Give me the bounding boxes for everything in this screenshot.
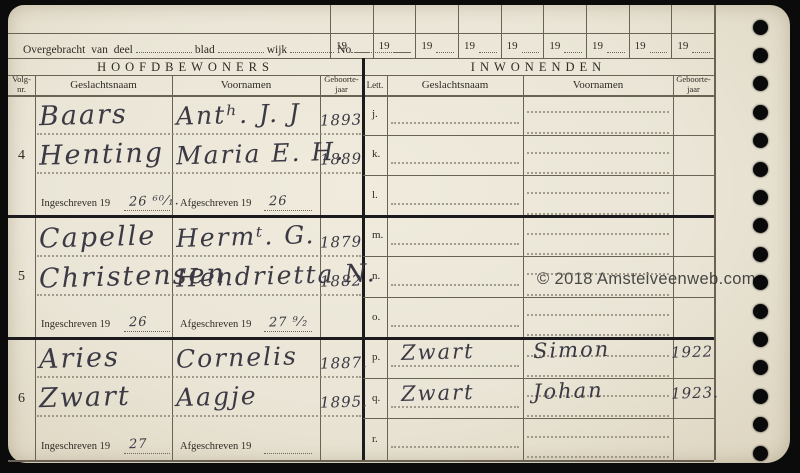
punch-hole [753,48,768,63]
year-dotted-line [522,52,540,53]
r-surname-dotted-line [391,122,519,124]
year-dotted-line [692,52,710,53]
inwonende-row: k. [363,136,714,177]
year-prefix-label: 19 [507,40,518,52]
hoofdbewoner-block: 6AriesCornelis1887.ZwartAagje1895.Ingesc… [8,338,363,460]
punch-hole [753,304,768,319]
r-firstnames-dotted-line [527,152,669,154]
lett-cell: k. [372,148,380,160]
lett-cell: j. [372,108,378,120]
inwonende-row: j. [363,95,714,136]
header-geslachtsnaam: Geslachtsnaam [35,75,172,95]
inwonende-row: p.ZwartSimon1922 [363,338,714,379]
inwonende-row: o. [363,298,714,339]
inwonende-row: n. [363,257,714,298]
year-grid-line [501,5,502,58]
r-firstnames-dotted-line [527,111,669,113]
header-voornamen: Voornamen [172,75,320,95]
r-firstnames-dotted-line [527,192,669,194]
year-grid-line [415,5,416,58]
r-surname-handwritten: Zwart [401,380,475,406]
year-dotted-line [650,52,668,53]
ingeschreven-dotted-line [124,331,170,332]
section-title-hoofdbewoners: HOOFDBEWONERS [8,60,363,75]
lett-cell: r. [372,433,378,445]
r-firstnames-dotted-line [527,273,669,275]
birthyear-handwritten: 1895. [320,393,368,412]
punch-hole [753,218,768,233]
r-firstnames-dotted-line-2 [527,375,669,377]
surname-handwritten: Capelle [39,220,157,254]
afgeschreven-dotted-line [264,210,312,211]
header-r-geboortejaar: Geboorte- jaar [673,75,714,95]
year-prefix-label: 19 [379,40,390,52]
punch-hole [753,20,768,35]
year-prefix-label: 19 [336,40,347,52]
transfer-label: Overgebracht van deel [23,44,133,56]
header-r-voornamen: Voornamen [523,75,673,95]
r-firstnames-dotted-line-2 [527,456,669,458]
r-firstnames-dotted-line-2 [527,132,669,134]
header-lett: Lett. [363,75,387,95]
firstnames-handwritten: Aagje [176,381,258,412]
r-surname-dotted-line [391,284,519,286]
wijk-label: wijk [267,44,287,56]
hoofdbewoner-block: 5CapelleHermᵗ. G.1879ChristensenHendriet… [8,217,363,339]
lett-cell: m. [372,229,383,241]
year-grid-line [373,5,374,58]
volgnr-cell: 6 [8,338,35,460]
header-r-geboortejaar-line2: jaar [676,85,710,95]
r-firstnames-dotted-line [527,233,669,235]
afgeschreven-value-handwritten: 27 ⁹⁄₂ [269,315,309,331]
ingeschreven-dotted-line [124,453,170,454]
ingeschreven-label: Ingeschreven 19 [41,198,110,209]
header-geboortejaar: Geboorte- jaar [320,75,363,95]
lett-cell: n. [372,270,380,282]
year-grid-line [586,5,587,58]
birthyear-handwritten: 1879 [320,232,363,251]
lett-cell: p. [372,351,380,363]
punch-hole [753,275,768,290]
rule-table-bottom [8,460,714,462]
punch-hole [753,389,768,404]
volgnr-cell: 5 [8,217,35,339]
transfer-row: Overgebracht van deel blad wijk No [23,41,413,56]
section-title-inwonenden: INWONENDEN [363,60,714,75]
surname-handwritten: Zwart [39,381,132,415]
year-grid-line [671,5,672,58]
punch-hole [753,332,768,347]
header-r-geslachtsnaam: Geslachtsnaam [387,75,523,95]
punch-hole [753,446,768,461]
ingeschreven-label: Ingeschreven 19 [41,319,110,330]
r-birthyear-handwritten: 1922 [671,343,714,362]
ingeschreven-value-handwritten: 26 [129,315,148,331]
r-surname-dotted-line [391,406,519,408]
rule-block-divider-2 [8,337,714,340]
year-prefix-label: 19 [677,40,688,52]
name-dotted-line [37,172,361,174]
r-firstnames-dotted-line [527,436,669,438]
punch-hole [753,247,768,262]
inwonende-row: q.ZwartJohan1923. [363,379,714,420]
punch-hole [753,360,768,375]
year-dotted-line [351,52,369,53]
r-firstnames-handwritten: Johan [533,378,604,404]
afgeschreven-value-handwritten: 26 [269,193,288,209]
ingeschreven-label: Ingeschreven 19 [41,441,110,452]
year-dotted-line [564,52,582,53]
year-prefix-label: 19 [464,40,475,52]
year-grid-line [330,5,331,58]
volgnr-cell: 4 [8,95,35,217]
inwonende-row: m. [363,217,714,258]
r-firstnames-dotted-line-2 [527,294,669,296]
r-firstnames-dotted-line-2 [527,415,669,417]
r-firstnames-dotted-line-2 [527,253,669,255]
inwonende-row: l. [363,176,714,217]
punch-hole [753,190,768,205]
ingeschreven-dotted-line [124,210,170,211]
register-card: Overgebracht van deel blad wijk No HOOFD… [8,5,790,463]
year-prefix-label: 19 [421,40,432,52]
punch-hole [753,105,768,120]
afgeschreven-dotted-line [264,331,312,332]
year-dotted-line [394,52,412,53]
afgeschreven-label: Afgeschreven 19 [180,319,251,330]
r-surname-dotted-line [391,365,519,367]
surname-handwritten: Baars [39,99,129,132]
punch-hole [753,76,768,91]
year-grid-line [458,5,459,58]
r-firstnames-dotted-line-2 [527,172,669,174]
header-volgnr-line2: nr. [12,85,31,95]
r-surname-dotted-line [391,325,519,327]
firstnames-handwritten: Antʰ. J. J [176,98,302,130]
year-dotted-line [436,52,454,53]
r-firstnames-dotted-line [527,314,669,316]
rule-top-row [8,33,714,34]
birthyear-handwritten: 1889 [320,149,363,168]
header-volgnr: Volg- nr. [8,75,35,95]
hoofdbewoner-block: 4BaarsAntʰ. J. J1893HentingMaria E. H.18… [8,95,363,217]
year-grid-line [629,5,630,58]
punch-hole [753,162,768,177]
punch-hole [753,133,768,148]
lett-cell: l. [372,189,378,201]
inwonende-row: r. [363,419,714,460]
dotted-leader [218,41,264,53]
lett-cell: q. [372,392,380,404]
blad-label: blad [195,44,215,56]
firstnames-handwritten: Hermᵗ. G. [176,220,316,253]
firstnames-handwritten: Cornelis [176,342,299,374]
r-surname-handwritten: Zwart [401,339,475,365]
year-prefix-label: 19 [549,40,560,52]
r-surname-dotted-line [391,243,519,245]
scanned-register-page: { "page": { "background": "#0b0b0b", "ca… [0,0,800,473]
year-prefix-label: 19 [592,40,603,52]
afgeschreven-label: Afgeschreven 19 [180,441,251,452]
birthyear-handwritten: 1882 [320,271,363,290]
r-surname-dotted-line [391,203,519,205]
afgeschreven-label: Afgeschreven 19 [180,198,251,209]
year-dotted-line [607,52,625,53]
year-dotted-line [479,52,497,53]
name-dotted-line [37,255,361,257]
lett-cell: o. [372,311,380,323]
name-dotted-line [37,415,361,417]
surname-handwritten: Henting [39,137,165,171]
birthyear-handwritten: 1887. [320,354,368,373]
r-surname-dotted-line [391,162,519,164]
year-grid-line [543,5,544,58]
name-dotted-line [37,133,361,135]
header-geboortejaar-line2: jaar [324,85,358,95]
birthyear-handwritten: 1893 [320,110,363,129]
r-surname-dotted-line [391,446,519,448]
ingeschreven-value-handwritten: 26 ⁶⁰⁄₁. [129,193,180,209]
punch-hole [753,417,768,432]
year-prefix-label: 19 [635,40,646,52]
name-dotted-line [37,376,361,378]
r-birthyear-handwritten: 1923. [671,383,719,402]
rule-under-transfer [8,58,714,59]
surname-handwritten: Aries [39,342,121,375]
rule-block-divider-1 [8,215,714,218]
dotted-leader [136,41,192,53]
afgeschreven-dotted-line [264,453,312,454]
name-dotted-line [37,294,361,296]
ingeschreven-value-handwritten: 27 [129,437,148,453]
r-firstnames-handwritten: Simon [533,337,611,363]
dotted-leader [290,41,334,53]
